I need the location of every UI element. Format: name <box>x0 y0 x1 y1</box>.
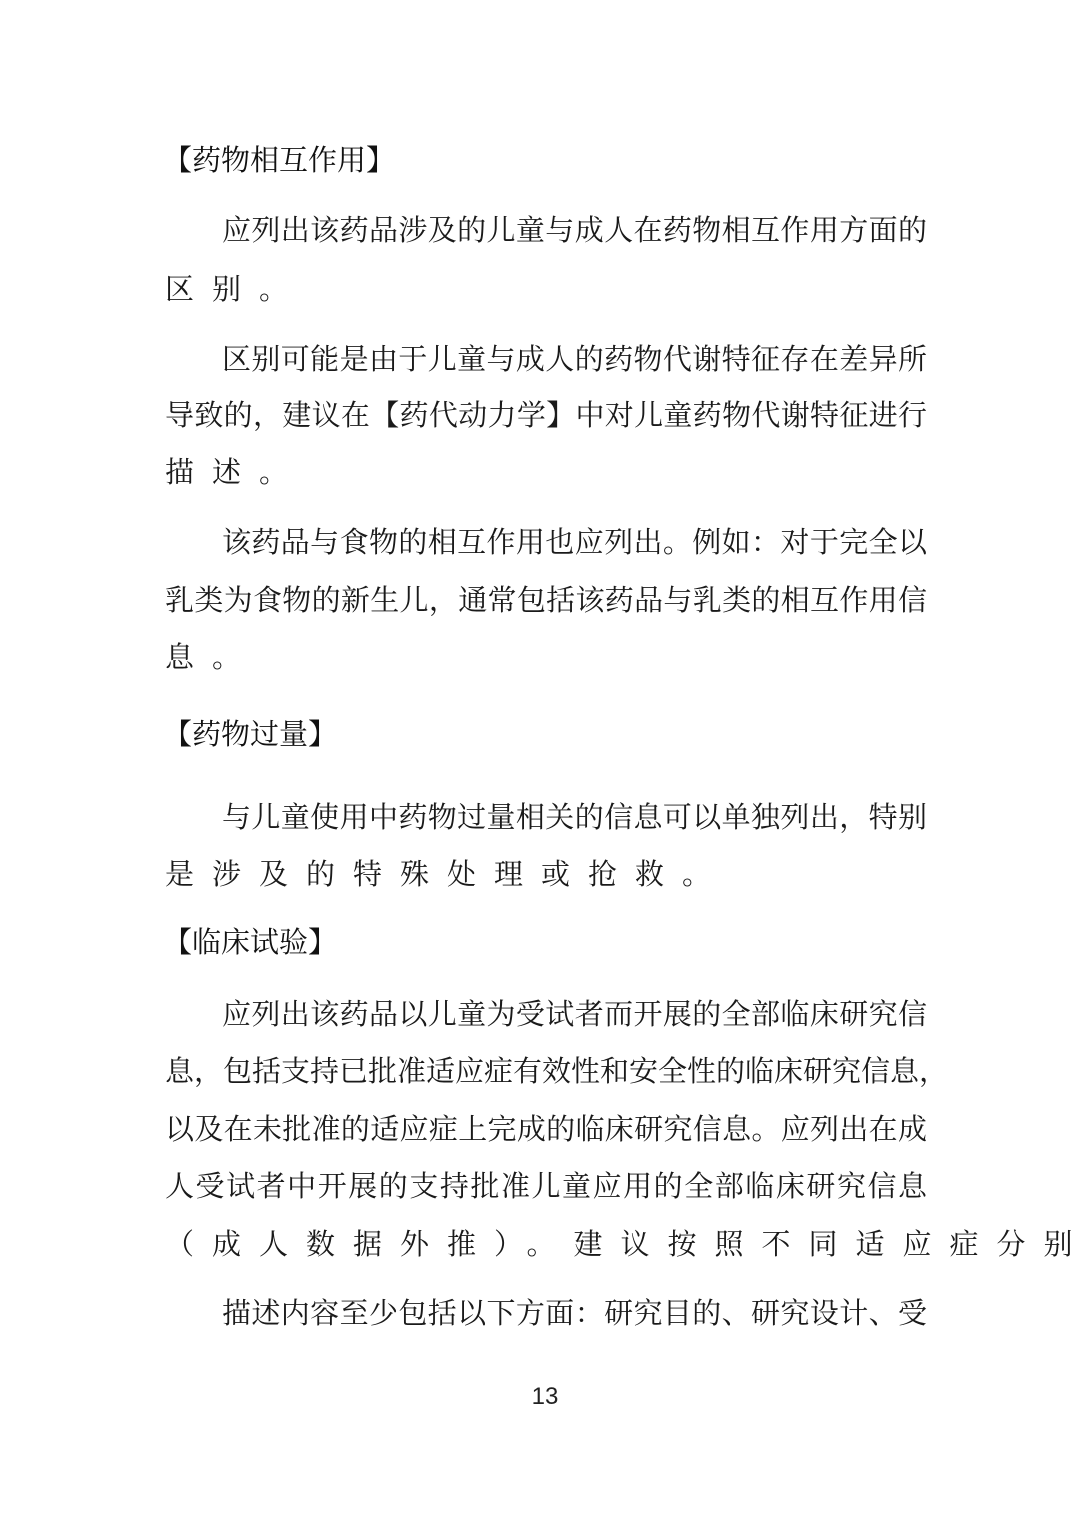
paragraph-line: 人受试者中开展的支持批准儿童应用的全部临床研究信息 <box>165 1169 927 1203</box>
section-heading-drug-interactions: 【药物相互作用】 <box>163 143 395 177</box>
paragraph-line: 应列出该药品以儿童为受试者而开展的全部临床研究信 <box>222 997 927 1031</box>
paragraph-line: 息，包括支持已批准适应症有效性和安全性的临床研究信息， <box>165 1054 927 1088</box>
paragraph-line: 描述内容至少包括以下方面：研究目的、研究设计、受 <box>222 1296 927 1330</box>
paragraph-line: 与儿童使用中药物过量相关的信息可以单独列出，特别 <box>222 800 927 834</box>
paragraph-line: 以及在未批准的适应症上完成的临床研究信息。应列出在成 <box>165 1112 927 1146</box>
paragraph-line: （成人数据外推）。建议按照不同适应症分别列出。 <box>165 1227 927 1261</box>
paragraph-line: 息。 <box>165 640 927 674</box>
paragraph-line: 导致的，建议在【药代动力学】中对儿童药物代谢特征进行 <box>165 398 927 432</box>
section-heading-overdose: 【药物过量】 <box>163 717 337 751</box>
page-number: 13 <box>0 1383 1080 1411</box>
document-page: 【药物相互作用】 应列出该药品涉及的儿童与成人在药物相互作用方面的 区别。 区别… <box>0 0 1080 1527</box>
paragraph-line: 描述。 <box>165 455 927 489</box>
paragraph-line: 应列出该药品涉及的儿童与成人在药物相互作用方面的 <box>222 213 927 247</box>
paragraph-line: 区别可能是由于儿童与成人的药物代谢特征存在差异所 <box>222 342 927 376</box>
section-heading-clinical-trials: 【临床试验】 <box>163 925 337 959</box>
paragraph-line: 乳类为食物的新生儿，通常包括该药品与乳类的相互作用信 <box>165 583 927 617</box>
paragraph-line: 该药品与食物的相互作用也应列出。例如：对于完全以 <box>222 525 927 559</box>
paragraph-line: 是涉及的特殊处理或抢救。 <box>165 857 927 891</box>
paragraph-line: 区别。 <box>165 272 927 306</box>
